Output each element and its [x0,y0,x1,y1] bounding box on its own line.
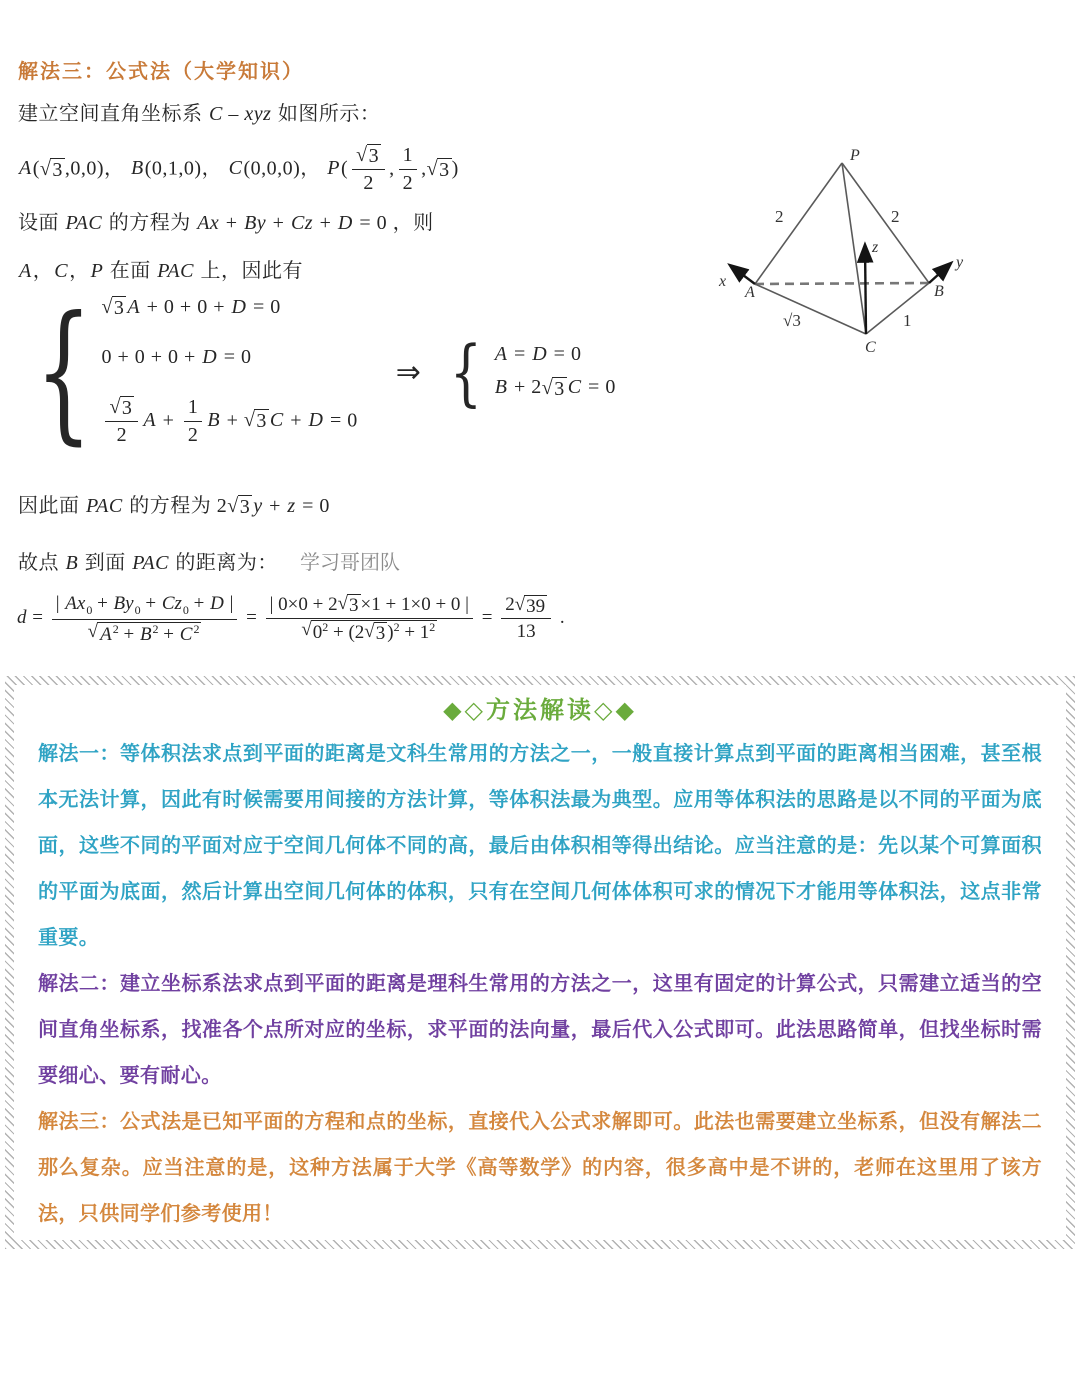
axis-label-y: y [954,254,964,271]
vertex-label-b: B [934,283,944,300]
result-left-brace: { [450,336,482,408]
tetrahedron-figure: P A B C z y x 2 2 √3 1 [695,130,995,378]
system-row-3: √32A + 12B + √3C + D = 0 [101,395,357,448]
watermark-text: 学习哥团队 [300,546,400,575]
method-note-3: 解法三：公式法是已知平面的方程和点的坐标，直接代入公式求解即可。此法也需要建立坐… [38,1099,1042,1237]
x-axis-arrow-icon [731,266,755,284]
result-row-2: B + 2√3C = 0 [494,376,616,400]
document-page: 解法三：公式法（大学知识） 建立空间直角坐标系 C – xyz 如图所示： A(… [0,0,1080,1381]
edge-length-pb: 2 [891,207,900,226]
conclusion-line: 因此面 PAC 的方程为 2√3y + z = 0 [18,489,330,519]
system-row-2: 0 + 0 + 0 + D = 0 [101,346,357,369]
equation-system: { √3A + 0 + 0 + D = 0 0 + 0 + 0 + D = 0 … [16,296,616,448]
result-system: { A = D = 0 B + 2√3C = 0 [443,336,616,408]
result-row-1: A = D = 0 [494,343,616,366]
edge-pb [842,163,929,283]
edge-pc [842,163,866,334]
points-on-plane-line: A，C，P 在面 PAC 上，因此有 [18,254,303,283]
coordinates-line: A(√3,0,0)， B(0,1,0)， C(0,0,0)， P(√32,12,… [18,143,459,196]
distance-intro-line: 故点 B 到面 PAC 的距离为： [18,546,278,575]
section-heading: 解法三：公式法（大学知识） [18,55,304,84]
system-rows: √3A + 0 + 0 + D = 0 0 + 0 + 0 + D = 0 √3… [101,296,357,448]
vertex-label-p: P [849,147,860,164]
vertex-label-a: A [744,284,755,301]
method-notes-box: ◆◇方法解读◇◆ 解法一：等体积法求点到平面的距离是文科生常用的方法之一，一般直… [5,676,1075,1249]
distance-formula: d = | Ax0 + By0 + Cz0 + D |√A2 + B2 + C2… [16,592,565,646]
edge-length-pa: 2 [775,207,784,226]
left-brace: { [35,297,92,447]
edge-ab-dashed [755,283,929,284]
axis-label-x: x [718,273,726,290]
vertex-label-c: C [865,339,876,356]
y-axis-arrow-icon [929,264,950,283]
axis-label-z: z [871,239,879,256]
edge-length-ac: √3 [783,311,801,330]
edge-length-cb: 1 [903,311,912,330]
plane-equation-line: 设面 PAC 的方程为 Ax + By + Cz + D = 0 ，则 [18,206,434,235]
setup-line: 建立空间直角坐标系 C – xyz 如图所示： [18,97,380,126]
system-row-1: √3A + 0 + 0 + D = 0 [101,296,357,320]
implies-arrow-icon: ⇒ [396,355,421,390]
edge-pa [755,163,842,284]
method-notes-title: ◆◇方法解读◇◆ [38,691,1042,731]
method-note-1: 解法一：等体积法求点到平面的距离是文科生常用的方法之一，一般直接计算点到平面的距… [38,731,1042,961]
result-rows: A = D = 0 B + 2√3C = 0 [494,343,616,400]
method-notes-content: ◆◇方法解读◇◆ 解法一：等体积法求点到平面的距离是文科生常用的方法之一，一般直… [14,685,1066,1240]
z-axis-arrow-icon [865,246,866,334]
method-note-2: 解法二：建立坐标系法求点到平面的距离是理科生常用的方法之一，这里有固定的计算公式… [38,961,1042,1099]
edge-ac [755,284,866,334]
edge-cb [866,283,929,334]
